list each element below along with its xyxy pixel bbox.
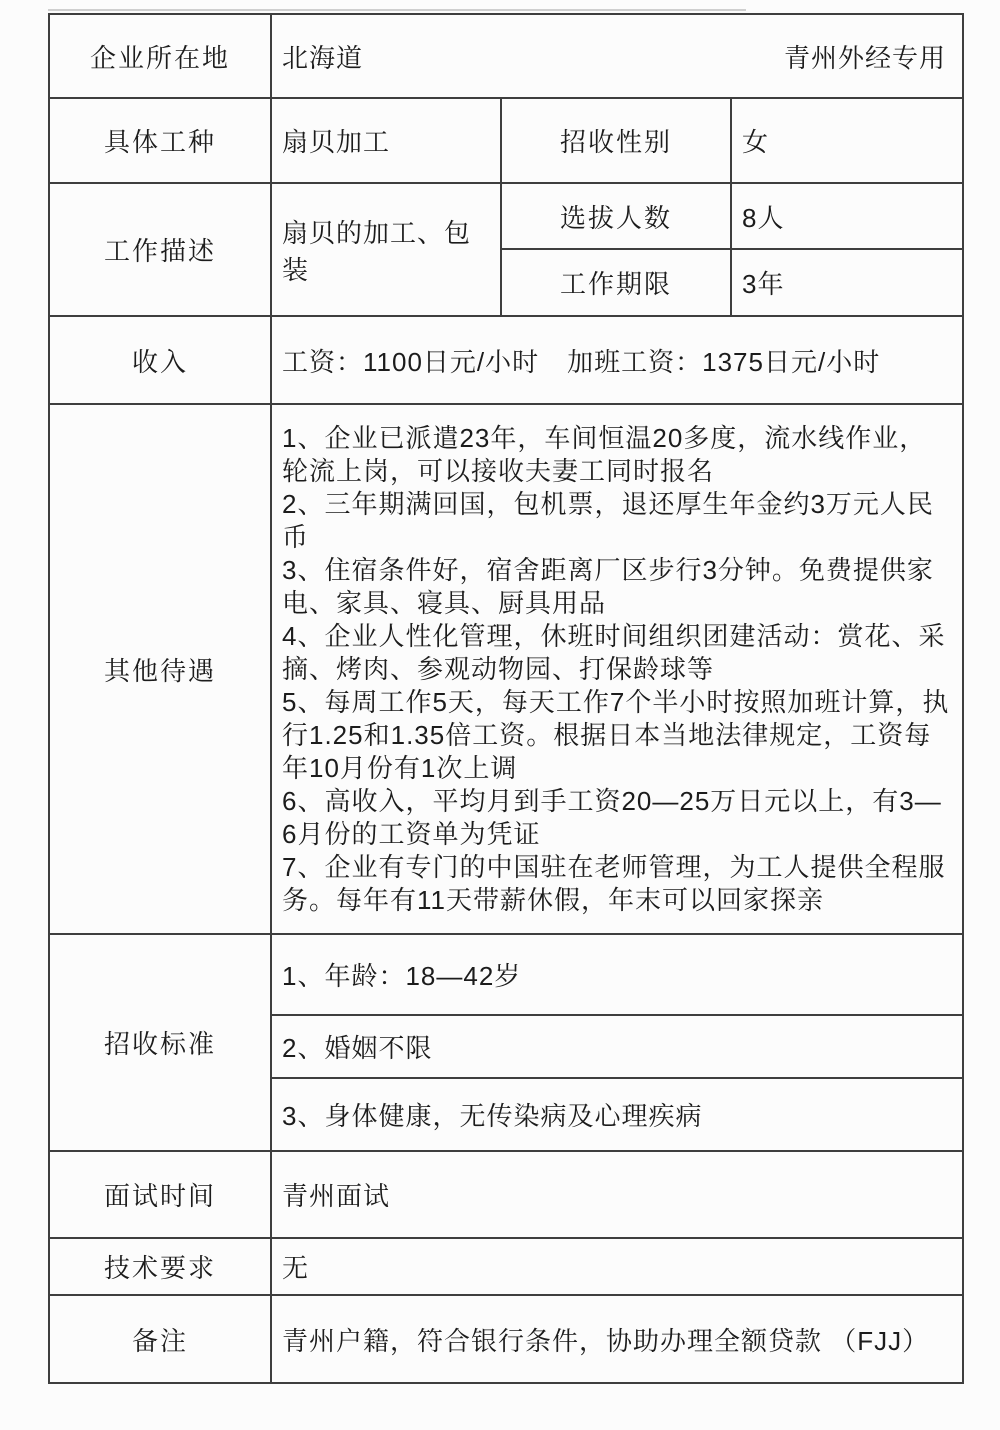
row-job-type: 具体工种 扇贝加工 招收性别 女 [49,98,963,183]
document-usage-tag: 青州外经专用 [784,38,946,75]
remarks-value: 青州户籍，符合银行条件，协助办理全额贷款 （FJJ） [271,1295,963,1383]
duration-value: 3年 [731,249,963,316]
row-interview: 面试时间 青州面试 [49,1151,963,1238]
headcount-label: 选拔人数 [501,183,731,249]
row-company-location: 企业所在地 北海道 青州外经专用 [49,14,963,98]
company-location-label: 企业所在地 [49,14,271,98]
gender-value: 女 [731,98,963,183]
criteria-item-health: 3、身体健康，无传染病及心理疾病 [271,1078,963,1151]
headcount-value: 8人 [731,183,963,249]
interview-value: 青州面试 [271,1151,963,1238]
benefits-item: 5、每周工作5天，每天工作7个半小时按照加班计算，执行1.25和1.35倍工资。… [282,686,952,785]
criteria-item-marriage: 2、婚姻不限 [271,1015,963,1078]
benefits-cell: 1、企业已派遣23年，车间恒温20多度，流水线作业，轮流上岗，可以接收夫妻工同时… [271,404,963,934]
scan-artifact-line [48,9,746,11]
benefits-list: 1、企业已派遣23年，车间恒温20多度，流水线作业，轮流上岗，可以接收夫妻工同时… [282,422,954,917]
benefits-item: 3、住宿条件好，宿舍距离厂区步行3分钟。免费提供家电、家具、寝具、厨具用品 [282,554,952,620]
benefits-item: 6、高收入，平均月到手工资20—25万日元以上，有3—6月份的工资单为凭证 [282,785,952,851]
row-job-desc-headcount: 工作描述 扇贝的加工、包装 选拔人数 8人 [49,183,963,249]
benefits-item: 4、企业人性化管理，休班时间组织团建活动：赏花、采摘、烤肉、参观动物园、打保龄球… [282,620,952,686]
criteria-label: 招收标准 [49,934,271,1151]
income-overtime: 加班工资：1375日元/小时 [567,342,880,379]
criteria-item-age: 1、年龄：18—42岁 [271,934,963,1015]
income-wage: 工资：1100日元/小时 [282,342,539,379]
gender-label: 招收性别 [501,98,731,183]
benefits-item: 1、企业已派遣23年，车间恒温20多度，流水线作业，轮流上岗，可以接收夫妻工同时… [282,422,952,488]
benefits-label: 其他待遇 [49,404,271,934]
skills-value: 无 [271,1238,963,1295]
income-label: 收入 [49,316,271,404]
income-cell: 工资：1100日元/小时 加班工资：1375日元/小时 [271,316,963,404]
interview-label: 面试时间 [49,1151,271,1238]
row-skills: 技术要求 无 [49,1238,963,1295]
skills-label: 技术要求 [49,1238,271,1295]
row-benefits: 其他待遇 1、企业已派遣23年，车间恒温20多度，流水线作业，轮流上岗，可以接收… [49,404,963,934]
benefits-item: 7、企业有专门的中国驻在老师管理，为工人提供全程服务。每年有11天带薪休假，年末… [282,851,952,917]
company-location-cell: 北海道 青州外经专用 [271,14,963,98]
job-desc-label: 工作描述 [49,183,271,316]
row-criteria-age: 招收标准 1、年龄：18—42岁 [49,934,963,1015]
row-income: 收入 工资：1100日元/小时 加班工资：1375日元/小时 [49,316,963,404]
duration-label: 工作期限 [501,249,731,316]
job-posting-table: 企业所在地 北海道 青州外经专用 具体工种 扇贝加工 招收性别 女 工作描述 扇… [48,13,964,1384]
job-desc-value: 扇贝的加工、包装 [271,183,501,316]
job-posting-document: 企业所在地 北海道 青州外经专用 具体工种 扇贝加工 招收性别 女 工作描述 扇… [0,0,1000,1430]
company-location-value: 北海道 [282,38,363,75]
remarks-label: 备注 [49,1295,271,1383]
job-type-value: 扇贝加工 [271,98,501,183]
benefits-item: 2、三年期满回国，包机票，退还厚生年金约3万元人民币 [282,488,952,554]
job-type-label: 具体工种 [49,98,271,183]
row-remarks: 备注 青州户籍，符合银行条件，协助办理全额贷款 （FJJ） [49,1295,963,1383]
